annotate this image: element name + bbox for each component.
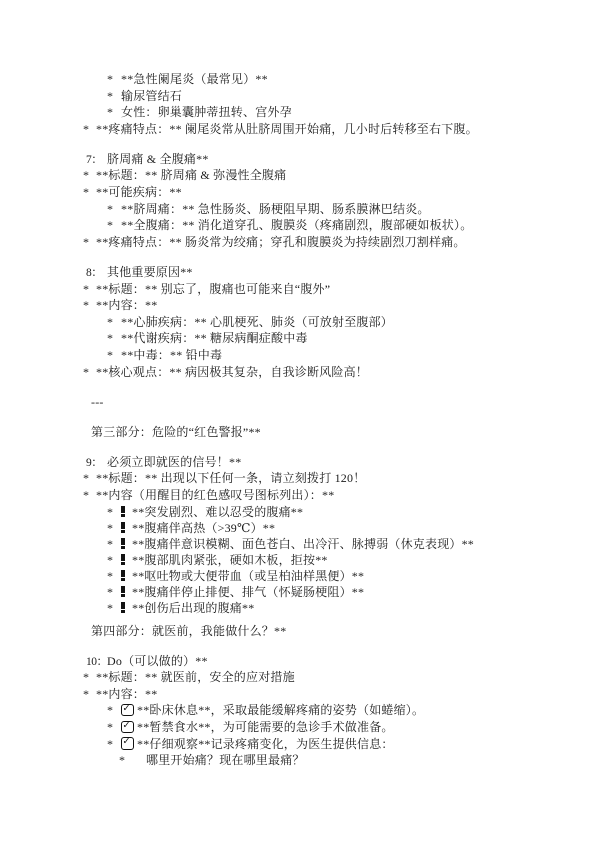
line-text: **标题：** 就医前，安全的应对措施 xyxy=(96,670,295,684)
exclamation-icon xyxy=(121,602,125,613)
bullet-marker: * xyxy=(83,184,96,201)
alert-item: ***腹痛伴意识模糊、面色苍白、出冷汗、脉搏弱（休克表现）** xyxy=(0,536,595,552)
line-text: 必须立即就医的信号！** xyxy=(107,455,241,469)
heading-number: 9： xyxy=(86,455,107,472)
bullet-marker: * xyxy=(83,167,96,184)
line-text: 女性：卵巢囊肿蒂扭转、宫外孕 xyxy=(121,105,292,119)
line-text: 脐周痛 & 全腹痛** xyxy=(107,152,209,166)
exclamation-icon xyxy=(121,538,125,549)
check-glyph: ✓ xyxy=(122,721,131,731)
line-text: **中毒：** 铅中毒 xyxy=(121,348,222,362)
numbered-heading: 8：其他重要原因** xyxy=(0,264,595,281)
alert-item: ***突发剧烈、难以忍受的腹痛** xyxy=(0,504,595,520)
bullet-marker: * xyxy=(107,347,121,364)
bullet-marker: * xyxy=(107,552,121,568)
bullet-marker: * xyxy=(107,520,121,536)
bullet-marker: * xyxy=(107,719,121,736)
line-text: **内容：** xyxy=(96,687,157,701)
checklist-item: *✓**卧床休息**，采取最能缓解疼痛的姿势（如蜷缩）。 xyxy=(0,702,595,719)
check-glyph: ✓ xyxy=(122,704,131,714)
bullet-marker: * xyxy=(83,686,96,703)
checkbox-checked-icon: ✓ xyxy=(121,721,134,734)
list-item-l3: ***代谢疾病：** 糖尿病酮症酸中毒 xyxy=(0,330,595,347)
bullet-marker: * xyxy=(107,702,121,719)
list-item-l2: ***内容：** xyxy=(0,686,595,703)
line-text: **脐周痛：** 急性肠炎、肠梗阻早期、肠系膜淋巴结炎。 xyxy=(121,202,430,216)
bullet-marker: * xyxy=(107,314,121,331)
line-text: 第三部分：危险的“红色警报”** xyxy=(91,425,261,439)
alert-item: ***腹痛伴停止排便、排气（怀疑肠梗阻）** xyxy=(0,584,595,600)
list-item-l2: ***标题：** 别忘了，腹痛也可能来自“腹外” xyxy=(0,281,595,298)
heading-number: 8： xyxy=(86,265,107,282)
bullet-marker: * xyxy=(107,536,121,552)
line-text: **突发剧烈、难以忍受的腹痛** xyxy=(132,505,303,519)
numbered-heading: 10：Do（可以做的）** xyxy=(0,653,595,670)
list-item-l2: ***核心观点：** 病因极其复杂，自我诊断风险高！ xyxy=(0,364,595,381)
list-item-l3: ***全腹痛：** 消化道穿孔、腹膜炎（疼痛剧烈，腹部硬如板状）。 xyxy=(0,217,595,234)
line-text: **腹痛伴高热（>39℃）** xyxy=(132,521,275,535)
bullet-marker: * xyxy=(83,121,96,138)
list-item-l3: ***心肺疾病：** 心肌梗死、肺炎（可放射至腹部） xyxy=(0,314,595,331)
line-text: --- xyxy=(91,395,104,409)
line-text: **腹痛伴意识模糊、面色苍白、出冷汗、脉搏弱（休克表现）** xyxy=(132,537,474,551)
alert-item: ***呕吐物或大便带血（或呈柏油样黑便）** xyxy=(0,568,595,584)
list-item-l2: ***标题：** 脐周痛 & 弥漫性全腹痛 xyxy=(0,167,595,184)
list-item-l3: ***脐周痛：** 急性肠炎、肠梗阻早期、肠系膜淋巴结炎。 xyxy=(0,201,595,218)
line-text: **心肺疾病：** 心肌梗死、肺炎（可放射至腹部） xyxy=(121,315,393,329)
bullet-marker: * xyxy=(107,201,121,218)
heading-number: 7： xyxy=(86,152,107,169)
bullet-marker: * xyxy=(107,568,121,584)
alert-item: ***腹痛伴高热（>39℃）** xyxy=(0,520,595,536)
list-item-l2: ***标题：** 就医前，安全的应对措施 xyxy=(0,669,595,686)
line-text: 第四部分：就医前，我能做什么？** xyxy=(91,624,286,638)
bullet-marker: * xyxy=(107,104,121,121)
bullet-marker: * xyxy=(83,234,96,251)
numbered-heading: 7：脐周痛 & 全腹痛** xyxy=(0,151,595,168)
line-text: **卧床休息**，采取最能缓解疼痛的姿势（如蜷缩）。 xyxy=(137,703,424,717)
line-text: **腹部肌肉紧张，硬如木板，拒按** xyxy=(132,553,328,567)
document-body: ***急性阑尾炎（最常见）***输尿管结石*女性：卵巢囊肿蒂扭转、宫外孕***疼… xyxy=(0,71,595,769)
line-text: 输尿管结石 xyxy=(121,89,182,103)
exclamation-icon xyxy=(121,522,125,533)
line-text: 其他重要原因** xyxy=(107,265,193,279)
list-item-l2: ***可能疾病：** xyxy=(0,184,595,201)
heading-number: 10： xyxy=(86,654,107,671)
list-item-l2: ***疼痛特点：** 阑尾炎常从肚脐周围开始痛，几小时后转移至右下腹。 xyxy=(0,121,595,138)
divider: --- xyxy=(0,394,595,411)
line-text: **标题：** 脐周痛 & 弥漫性全腹痛 xyxy=(96,168,286,182)
checklist-item: *✓**仔细观察**记录疼痛变化，为医生提供信息： xyxy=(0,736,595,753)
line-text: **内容：** xyxy=(96,298,157,312)
line-text: 哪里开始痛？现在哪里最痛？ xyxy=(146,753,305,767)
bullet-marker: * xyxy=(107,504,121,520)
checkbox-checked-icon: ✓ xyxy=(121,737,134,750)
bullet-marker: * xyxy=(107,584,121,600)
list-item-l2: ***内容（用醒目的红色感叹号图标列出）：** xyxy=(0,487,595,504)
alert-item: ***创伤后出现的腹痛** xyxy=(0,600,595,616)
section-heading: 第四部分：就医前，我能做什么？** xyxy=(0,623,595,640)
list-item-l3: *输尿管结石 xyxy=(0,88,595,105)
line-text: **创伤后出现的腹痛** xyxy=(132,601,254,615)
alert-item: ***腹部肌肉紧张，硬如木板，拒按** xyxy=(0,552,595,568)
line-text: **暂禁食水**，为可能需要的急诊手术做准备。 xyxy=(137,720,394,734)
line-text: **仔细观察**记录疼痛变化，为医生提供信息： xyxy=(137,737,394,751)
bullet-marker: * xyxy=(83,487,96,504)
line-text: Do（可以做的）** xyxy=(107,654,208,668)
bullet-marker: * xyxy=(83,470,96,487)
bullet-marker: * xyxy=(83,281,96,298)
list-item-l2: ***疼痛特点：** 肠炎常为绞痛；穿孔和腹膜炎为持续剧烈刀割样痛。 xyxy=(0,234,595,251)
line-text: **呕吐物或大便带血（或呈柏油样黑便）** xyxy=(132,569,364,583)
check-glyph: ✓ xyxy=(122,737,131,747)
line-text: **可能疾病：** xyxy=(96,185,182,199)
bullet-marker: * xyxy=(107,88,121,105)
bullet-marker: * xyxy=(107,736,121,753)
list-item-l2: ***标题：** 出现以下任何一条，请立刻拨打 120！ xyxy=(0,470,595,487)
list-item-l3: ***中毒：** 铅中毒 xyxy=(0,347,595,364)
checklist-item: *✓**暂禁食水**，为可能需要的急诊手术做准备。 xyxy=(0,719,595,736)
bullet-marker: * xyxy=(83,297,96,314)
line-text: **疼痛特点：** 肠炎常为绞痛；穿孔和腹膜炎为持续剧烈刀割样痛。 xyxy=(96,235,466,249)
bullet-marker: * xyxy=(107,71,121,88)
exclamation-icon xyxy=(121,506,125,517)
list-item-l3: ***急性阑尾炎（最常见）** xyxy=(0,71,595,88)
bullet-marker: * xyxy=(119,752,146,769)
section-heading: 第三部分：危险的“红色警报”** xyxy=(0,424,595,441)
exclamation-icon xyxy=(121,570,125,581)
line-text: **急性阑尾炎（最常见）** xyxy=(121,72,268,86)
bullet-marker: * xyxy=(107,217,121,234)
line-text: **代谢疾病：** 糖尿病酮症酸中毒 xyxy=(121,331,308,345)
line-text: **内容（用醒目的红色感叹号图标列出）：** xyxy=(96,488,334,502)
line-text: **全腹痛：** 消化道穿孔、腹膜炎（疼痛剧烈，腹部硬如板状）。 xyxy=(121,218,472,232)
bullet-marker: * xyxy=(107,600,121,616)
exclamation-icon xyxy=(121,586,125,597)
line-text: **疼痛特点：** 阑尾炎常从肚脐周围开始痛，几小时后转移至右下腹。 xyxy=(96,122,478,136)
list-item-l2: ***内容：** xyxy=(0,297,595,314)
exclamation-icon xyxy=(121,554,125,565)
list-item-l4: *哪里开始痛？现在哪里最痛？ xyxy=(0,752,595,769)
document-page[interactable]: ***急性阑尾炎（最常见）***输尿管结石*女性：卵巢囊肿蒂扭转、宫外孕***疼… xyxy=(0,0,595,841)
numbered-heading: 9：必须立即就医的信号！** xyxy=(0,454,595,471)
line-text: **核心观点：** 病因极其复杂，自我诊断风险高！ xyxy=(96,365,368,379)
bullet-marker: * xyxy=(107,330,121,347)
checkbox-checked-icon: ✓ xyxy=(121,704,134,717)
line-text: **腹痛伴停止排便、排气（怀疑肠梗阻）** xyxy=(132,585,364,599)
bullet-marker: * xyxy=(83,364,96,381)
bullet-marker: * xyxy=(83,669,96,686)
line-text: **标题：** 出现以下任何一条，请立刻拨打 120！ xyxy=(96,471,365,485)
line-text: **标题：** 别忘了，腹痛也可能来自“腹外” xyxy=(96,282,330,296)
list-item-l3: *女性：卵巢囊肿蒂扭转、宫外孕 xyxy=(0,104,595,121)
